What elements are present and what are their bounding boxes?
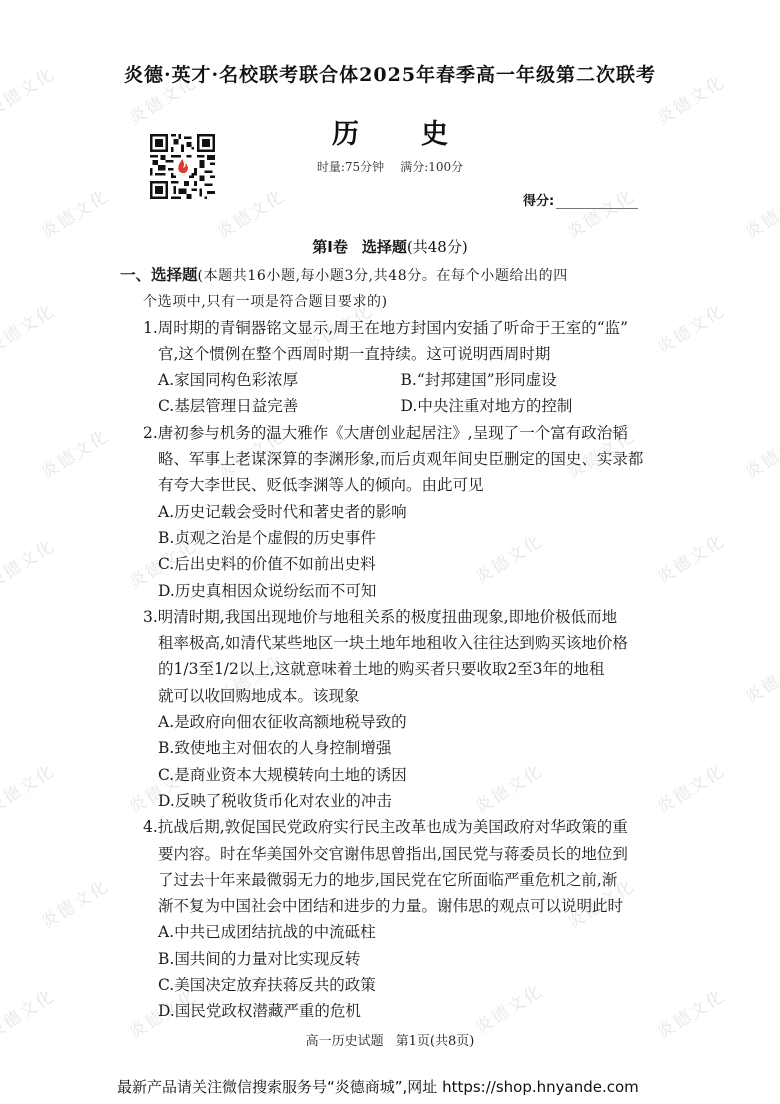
stem-line: 的1/3至1/2以上,这就意味着土地的购买者只要收取2至3年的地租 — [143, 656, 643, 682]
option-label: D. — [401, 397, 418, 415]
page-number: 第1页(共8页) — [396, 1034, 475, 1049]
watermark: 炎德文化 — [0, 297, 59, 358]
option-c[interactable]: C.是商业资本大规模转向土地的诱因 — [143, 762, 643, 788]
question-number: 4. — [143, 818, 158, 836]
option-d[interactable]: D.中央注重对地方的控制 — [401, 393, 644, 419]
question-stem: 2.唐初参与机务的温大雅作《大唐创业起居注》,呈现了一个富有政治韬 — [143, 420, 643, 446]
option-label: A. — [158, 923, 174, 941]
option-text: 家国同构色彩浓厚 — [174, 371, 298, 389]
question-4: 4.抗战后期,敦促国民党政府实行民主改革也成为美国政府对华政策的重 要内容。时在… — [143, 814, 643, 1024]
watermark: 炎德文化 — [739, 422, 780, 483]
full-score: 满分:100分 — [400, 160, 463, 174]
option-row: A.家国同构色彩浓厚 B.“封邦建国”形同虚设 — [143, 367, 643, 393]
stem-line: 唐初参与机务的温大雅作《大唐创业起居注》,呈现了一个富有政治韬 — [158, 424, 628, 442]
option-text: 致使地主对佃农的人身控制增强 — [174, 739, 391, 757]
option-text: 美国决定放弃扶蒋反共的政策 — [174, 976, 376, 994]
score-label: 得分: — [523, 190, 554, 209]
stem-line: 要内容。时在华美国外交官谢伟思曾指出,国民党与蒋委员长的地位到 — [143, 841, 643, 867]
part-instructions-cont: 个选项中,只有一项是符合题目要求的) — [143, 294, 388, 310]
option-text: 国民党政权潜藏严重的危机 — [175, 1002, 361, 1020]
option-text: 历史真相因众说纷纭而不可知 — [175, 582, 377, 600]
watermark: 炎德文化 — [651, 527, 729, 588]
option-label: D. — [158, 1002, 175, 1020]
option-b[interactable]: B.国共间的力量对比实现反转 — [143, 946, 643, 972]
page-footer: 高一历史试题第1页(共8页) — [0, 1030, 780, 1049]
part-title: 一、选择题 — [120, 266, 198, 284]
stem-line: 渐不复为中国社会中团结和进步的力量。谢伟思的观点可以说明此时 — [143, 893, 643, 919]
question-content: 一、选择题(本题共16小题,每小题3分,共48分。在每个小题给出的四 个选项中,… — [143, 262, 643, 1025]
option-label: B. — [401, 371, 417, 389]
section-title: 第Ⅰ卷选择题(共48分) — [0, 236, 780, 257]
question-number: 1. — [143, 319, 158, 337]
watermark: 炎德文化 — [651, 297, 729, 358]
option-c[interactable]: C.后出史料的价值不如前出史料 — [143, 551, 643, 577]
option-row: C.基层管理日益完善 D.中央注重对地方的控制 — [143, 393, 643, 419]
option-text: 国共间的力量对比实现反转 — [174, 950, 360, 968]
question-number: 2. — [143, 424, 158, 442]
stem-line: 租率极高,如清代某些地区一块土地年地租收入往往达到购买该地价格 — [143, 630, 643, 656]
option-a[interactable]: A.中共已成团结抗战的中流砥柱 — [143, 919, 643, 945]
option-label: D. — [158, 582, 175, 600]
volume-label: 第Ⅰ卷 — [312, 238, 348, 256]
watermark: 炎德文化 — [35, 872, 113, 933]
stem-line: 周时期的青铜器铭文显示,周王在地方封国内安插了听命于王室的“监” — [158, 319, 628, 337]
option-text: 中共已成团结抗战的中流砥柱 — [174, 923, 376, 941]
option-b[interactable]: B.贞观之治是个虚假的历史事件 — [143, 525, 643, 551]
question-number: 3. — [143, 608, 158, 626]
option-text: 是政府向佃农征收高额地税导致的 — [174, 713, 407, 731]
option-d[interactable]: D.反映了税收货币化对农业的冲击 — [143, 788, 643, 814]
section-type: 选择题 — [362, 238, 407, 256]
subject-char-1: 历 — [332, 112, 359, 151]
question-2: 2.唐初参与机务的温大雅作《大唐创业起居注》,呈现了一个富有政治韬 略、军事上老… — [143, 420, 643, 604]
subject-char-2: 史 — [421, 112, 448, 151]
option-c[interactable]: C.基层管理日益完善 — [158, 393, 401, 419]
stem-line: 有夸大李世民、贬低李渊等人的倾向。由此可见 — [143, 472, 643, 498]
option-a[interactable]: A.历史记载会受时代和著史者的影响 — [143, 499, 643, 525]
paper-name: 高一历史试题 — [306, 1034, 384, 1049]
watermark: 炎德文化 — [35, 182, 113, 243]
question-3: 3.明清时期,我国出现地价与地租关系的极度扭曲现象,即地价极低而地 租率极高,如… — [143, 604, 643, 814]
promo-banner: 最新产品请关注微信搜索服务号“炎德商城”,网址 https://shop.hny… — [117, 1076, 639, 1097]
exam-title: 炎德·英才·名校联考联合体2025年春季高一年级第二次联考 — [0, 60, 780, 87]
option-label: C. — [158, 976, 174, 994]
exam-meta: 时量:75分钟满分:100分 — [0, 158, 780, 175]
watermark: 炎德文化 — [739, 647, 780, 708]
section-points: (共48分) — [407, 238, 468, 256]
question-stem: 1.周时期的青铜器铭文显示,周王在地方封国内安插了听命于王室的“监” — [143, 315, 643, 341]
option-d[interactable]: D.历史真相因众说纷纭而不可知 — [143, 578, 643, 604]
option-text: 历史记载会受时代和著史者的影响 — [174, 503, 407, 521]
option-text: “封邦建国”形同虚设 — [417, 371, 557, 389]
stem-line: 了过去十年来最微弱无力的地步,国民党在它所面临严重危机之前,渐 — [143, 867, 643, 893]
option-label: B. — [158, 950, 174, 968]
option-d[interactable]: D.国民党政权潜藏严重的危机 — [143, 998, 643, 1024]
watermark: 炎德文化 — [651, 757, 729, 818]
stem-line: 明清时期,我国出现地价与地租关系的极度扭曲现象,即地价极低而地 — [158, 608, 617, 626]
option-text: 后出史料的价值不如前出史料 — [174, 555, 376, 573]
option-label: B. — [158, 529, 174, 547]
watermark: 炎德文化 — [35, 422, 113, 483]
stem-line: 就可以收回购地成本。该现象 — [143, 683, 643, 709]
option-label: C. — [158, 766, 174, 784]
stem-line: 略、军事上老谋深算的李渊形象,而后贞观年间史臣删定的国史、实录都 — [143, 446, 643, 472]
question-1: 1.周时期的青铜器铭文显示,周王在地方封国内安插了听命于王室的“监” 官,这个惯… — [143, 315, 643, 420]
option-a[interactable]: A.家国同构色彩浓厚 — [158, 367, 401, 393]
question-stem: 3.明清时期,我国出现地价与地租关系的极度扭曲现象,即地价极低而地 — [143, 604, 643, 630]
watermark: 炎德文化 — [0, 757, 59, 818]
score-field: 得分: — [523, 190, 638, 209]
option-text: 反映了税收货币化对农业的冲击 — [175, 792, 392, 810]
part-heading: 一、选择题(本题共16小题,每小题3分,共48分。在每个小题给出的四 — [120, 262, 643, 288]
time-limit: 时量:75分钟 — [317, 160, 384, 174]
watermark: 炎德文化 — [0, 532, 59, 593]
option-text: 是商业资本大规模转向土地的诱因 — [174, 766, 407, 784]
option-text: 中央注重对地方的控制 — [417, 397, 572, 415]
option-label: A. — [158, 503, 174, 521]
option-label: B. — [158, 739, 174, 757]
option-label: C. — [158, 555, 174, 573]
option-a[interactable]: A.是政府向佃农征收高额地税导致的 — [143, 709, 643, 735]
stem-line: 抗战后期,敦促国民党政府实行民主改革也成为美国政府对华政策的重 — [158, 818, 628, 836]
option-text: 贞观之治是个虚假的历史事件 — [174, 529, 376, 547]
option-label: A. — [158, 371, 174, 389]
watermark: 炎德文化 — [211, 182, 289, 243]
watermark: 炎德文化 — [739, 182, 780, 243]
option-b[interactable]: B.致使地主对佃农的人身控制增强 — [143, 735, 643, 761]
subject-title: 历史 — [0, 112, 780, 151]
option-b[interactable]: B.“封邦建国”形同虚设 — [401, 367, 644, 393]
option-label: D. — [158, 792, 175, 810]
option-label: C. — [158, 397, 174, 415]
part-instructions: (本题共16小题,每小题3分,共48分。在每个小题给出的四 — [198, 268, 568, 284]
question-stem: 4.抗战后期,敦促国民党政府实行民主改革也成为美国政府对华政策的重 — [143, 814, 643, 840]
option-c[interactable]: C.美国决定放弃扶蒋反共的政策 — [143, 972, 643, 998]
option-label: A. — [158, 713, 174, 731]
score-input-line[interactable] — [556, 194, 638, 209]
part-heading-cont: 个选项中,只有一项是符合题目要求的) — [143, 288, 643, 314]
option-text: 基层管理日益完善 — [174, 397, 298, 415]
stem-line: 官,这个惯例在整个西周时期一直持续。这可说明西周时期 — [143, 341, 643, 367]
